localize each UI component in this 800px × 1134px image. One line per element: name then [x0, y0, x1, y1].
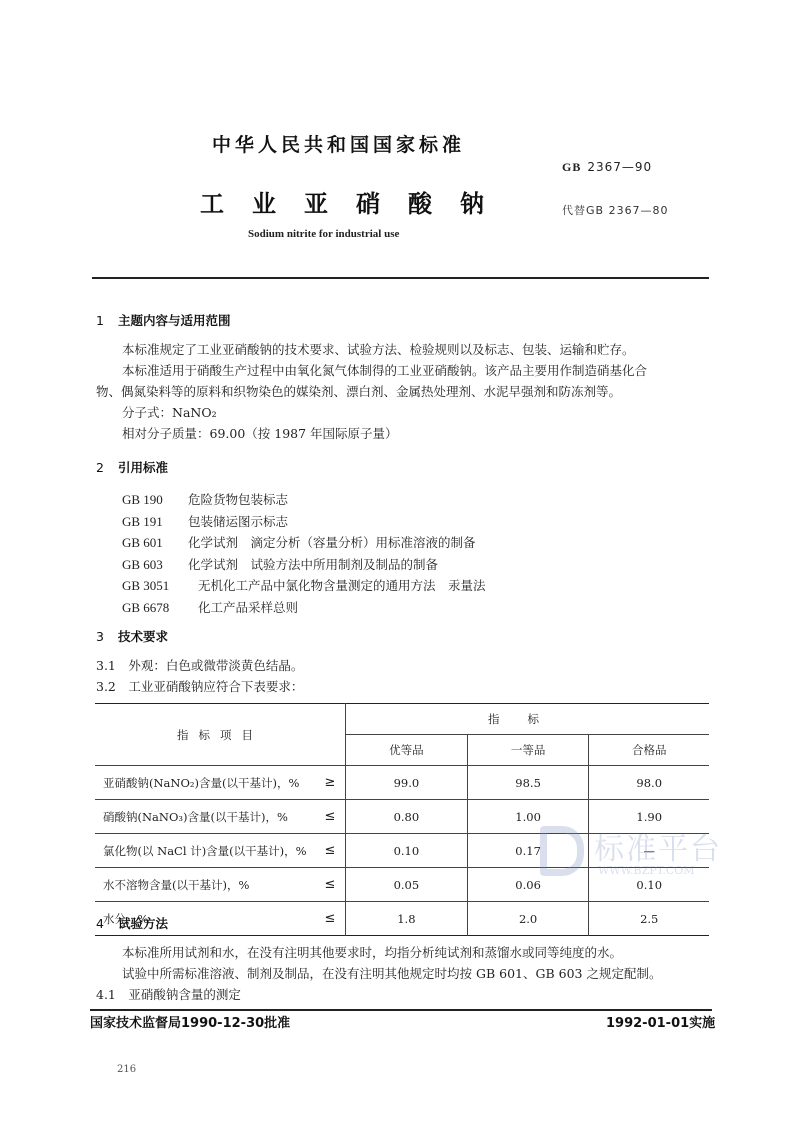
replaces-standard: 代替GB 2367—80 — [562, 202, 669, 218]
reference-item: GB 6678化工产品采样总则 — [122, 597, 486, 619]
value-premium: 0.05 — [346, 868, 468, 902]
section-number: 4 — [96, 916, 118, 931]
section-number: 1 — [96, 313, 118, 328]
value-premium: 0.10 — [346, 834, 468, 868]
molecular-formula: 分子式：NaNO₂ — [122, 402, 712, 423]
reference-item: GB 190危险货物包装标志 — [122, 489, 486, 511]
approval-date: 国家技术监督局1990-12-30批准 — [90, 1012, 290, 1031]
standard-prefix: GB — [562, 160, 581, 174]
value-premium: 0.80 — [346, 800, 468, 834]
comparison-operator: ≤ — [315, 834, 346, 868]
section-number: 3 — [96, 629, 118, 644]
reference-item: GB 603化学试剂 试验方法中所用制剂及制品的制备 — [122, 554, 486, 576]
item-name: 氯化物(以 NaCl 计)含量(以干基计)，% — [95, 834, 315, 868]
value-premium: 99.0 — [346, 766, 468, 800]
reference-code: GB 603 — [122, 554, 180, 576]
effective-date: 1992-01-01实施 — [606, 1012, 715, 1031]
specification-table: 指标项目 指标 优等品 一等品 合格品 亚硝酸钠(NaNO₂)含量(以干基计)，… — [95, 703, 709, 936]
clause-4-1: 4.1 亚硝酸钠含量的测定 — [96, 984, 716, 1005]
reference-code: GB 3051 — [122, 575, 190, 597]
value-first: 2.0 — [467, 902, 589, 936]
footer-divider — [90, 1009, 712, 1011]
grade-header-qualified: 合格品 — [589, 735, 709, 766]
item-name: 硝酸钠(NaNO₃)含量(以干基计)，% — [95, 800, 315, 834]
value-qualified: 1.90 — [589, 800, 709, 834]
title-char: 业 — [252, 184, 276, 219]
document-title: 工 业 亚 硝 酸 钠 — [200, 184, 484, 219]
standard-number: GB2367—90 — [562, 160, 652, 175]
formula-label: 分子式： — [122, 405, 172, 420]
reference-code: GB 601 — [122, 532, 180, 554]
value-first: 0.17 — [467, 834, 589, 868]
section-title: 技术要求 — [118, 629, 168, 644]
value-qualified: 2.5 — [589, 902, 709, 936]
reference-title: 化工产品采样总则 — [198, 597, 298, 619]
title-char: 亚 — [304, 184, 328, 219]
table-row: 水不溶物含量(以干基计)，% ≤ 0.05 0.06 0.10 — [95, 868, 709, 902]
grade-header-premium: 优等品 — [346, 735, 468, 766]
value-premium: 1.8 — [346, 902, 468, 936]
reference-item: GB 3051无机化工产品中氯化物含量测定的通用方法 汞量法 — [122, 575, 486, 597]
section-heading-1: 1主题内容与适用范围 — [96, 311, 231, 329]
section-title: 试验方法 — [118, 916, 168, 931]
value-qualified: 98.0 — [589, 766, 709, 800]
reference-title: 危险货物包装标志 — [188, 489, 288, 511]
title-char: 钠 — [460, 184, 484, 219]
reference-title: 无机化工产品中氯化物含量测定的通用方法 汞量法 — [198, 575, 486, 597]
value-first: 98.5 — [467, 766, 589, 800]
reference-list: GB 190危险货物包装标志 GB 191包装储运图示标志 GB 601化学试剂… — [122, 489, 486, 618]
section-number: 2 — [96, 460, 118, 475]
table-row: 氯化物(以 NaCl 计)含量(以干基计)，% ≤ 0.10 0.17 — — [95, 834, 709, 868]
value-first: 0.06 — [467, 868, 589, 902]
comparison-operator: ≤ — [315, 902, 346, 936]
title-char: 工 — [200, 184, 224, 219]
value-qualified: 0.10 — [589, 868, 709, 902]
header-divider — [92, 277, 709, 279]
clause-3-2: 3.2 工业亚硝酸钠应符合下表要求： — [96, 676, 716, 697]
comparison-operator: ≤ — [315, 800, 346, 834]
standard-number-value: 2367—90 — [587, 160, 652, 174]
reference-item: GB 191包装储运图示标志 — [122, 511, 486, 533]
comparison-operator: ≥ — [315, 766, 346, 800]
table-row: 水分，% ≤ 1.8 2.0 2.5 — [95, 902, 709, 936]
reference-code: GB 6678 — [122, 597, 190, 619]
scope-paragraph-2-line1: 本标准适用于硝酸生产过程中由氧化氮气体制得的工业亚硝酸钠。该产品主要用作制造硝基… — [122, 360, 712, 381]
english-title: Sodium nitrite for industrial use — [248, 228, 399, 240]
grade-header-first: 一等品 — [467, 735, 589, 766]
formula-value: NaNO₂ — [172, 405, 217, 420]
reference-title: 包装储运图示标志 — [188, 511, 288, 533]
section-heading-4: 4试验方法 — [96, 914, 168, 932]
item-name: 亚硝酸钠(NaNO₂)含量(以干基计)，% — [95, 766, 315, 800]
test-method-paragraph-1: 本标准所用试剂和水，在没有注明其他要求时，均指分析纯试剂和蒸馏水或同等纯度的水。 — [122, 942, 712, 963]
scope-paragraph-1: 本标准规定了工业亚硝酸钠的技术要求、试验方法、检验规则以及标志、包装、运输和贮存… — [122, 339, 712, 360]
value-first: 1.00 — [467, 800, 589, 834]
clause-3-1: 3.1 外观：白色或微带淡黄色结晶。 — [96, 655, 716, 676]
item-column-header: 指标项目 — [95, 704, 346, 766]
table-row: 硝酸钠(NaNO₃)含量(以干基计)，% ≤ 0.80 1.00 1.90 — [95, 800, 709, 834]
table-row: 亚硝酸钠(NaNO₂)含量(以干基计)，% ≥ 99.0 98.5 98.0 — [95, 766, 709, 800]
reference-title: 化学试剂 滴定分析（容量分析）用标准溶液的制备 — [188, 532, 476, 554]
page-number: 216 — [117, 1064, 136, 1075]
molecular-mass: 相对分子质量：69.00（按 1987 年国际原子量） — [122, 423, 712, 444]
reference-code: GB 190 — [122, 489, 180, 511]
test-method-paragraph-2: 试验中所需标准溶液、制剂及制品，在没有注明其他规定时均按 GB 601、GB 6… — [122, 963, 712, 984]
comparison-operator: ≤ — [315, 868, 346, 902]
reference-title: 化学试剂 试验方法中所用制剂及制品的制备 — [188, 554, 438, 576]
section-heading-2: 2引用标准 — [96, 458, 168, 476]
value-qualified: — — [589, 834, 709, 868]
reference-code: GB 191 — [122, 511, 180, 533]
item-name: 水不溶物含量(以干基计)，% — [95, 868, 315, 902]
reference-item: GB 601化学试剂 滴定分析（容量分析）用标准溶液的制备 — [122, 532, 486, 554]
section-title: 主题内容与适用范围 — [118, 313, 231, 328]
title-char: 硝 — [356, 184, 380, 219]
section-title: 引用标准 — [118, 460, 168, 475]
national-standard-heading: 中华人民共和国国家标准 — [212, 130, 465, 157]
section-heading-3: 3技术要求 — [96, 627, 168, 645]
indicator-group-header: 指标 — [346, 704, 710, 735]
scope-paragraph-2-line2: 物、偶氮染料等的原料和织物染色的媒染剂、漂白剂、金属热处理剂、水泥早强剂和防冻剂… — [96, 381, 716, 402]
title-char: 酸 — [408, 184, 432, 219]
